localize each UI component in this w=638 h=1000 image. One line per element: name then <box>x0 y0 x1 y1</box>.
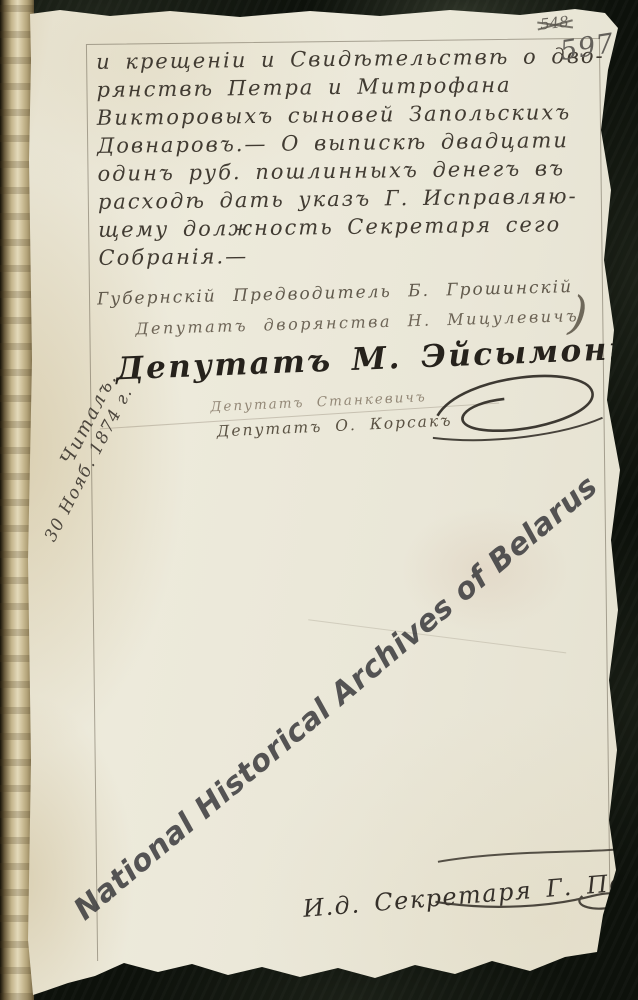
signature-flourish <box>432 362 608 449</box>
document-page: и крещеніи и Свидѣтельствѣ о дво- рянств… <box>0 0 638 1000</box>
signature-flourish <box>430 845 638 920</box>
archive-scan: и крещеніи и Свидѣтельствѣ о дво- рянств… <box>0 0 638 1000</box>
book-binding-edge <box>0 0 34 1000</box>
page-content: и крещеніи и Свидѣтельствѣ о дво- рянств… <box>0 0 638 1000</box>
page-number-crossed-out: 548 <box>539 13 569 34</box>
manuscript-body: и крещеніи и Свидѣтельствѣ о дво- рянств… <box>96 42 609 272</box>
